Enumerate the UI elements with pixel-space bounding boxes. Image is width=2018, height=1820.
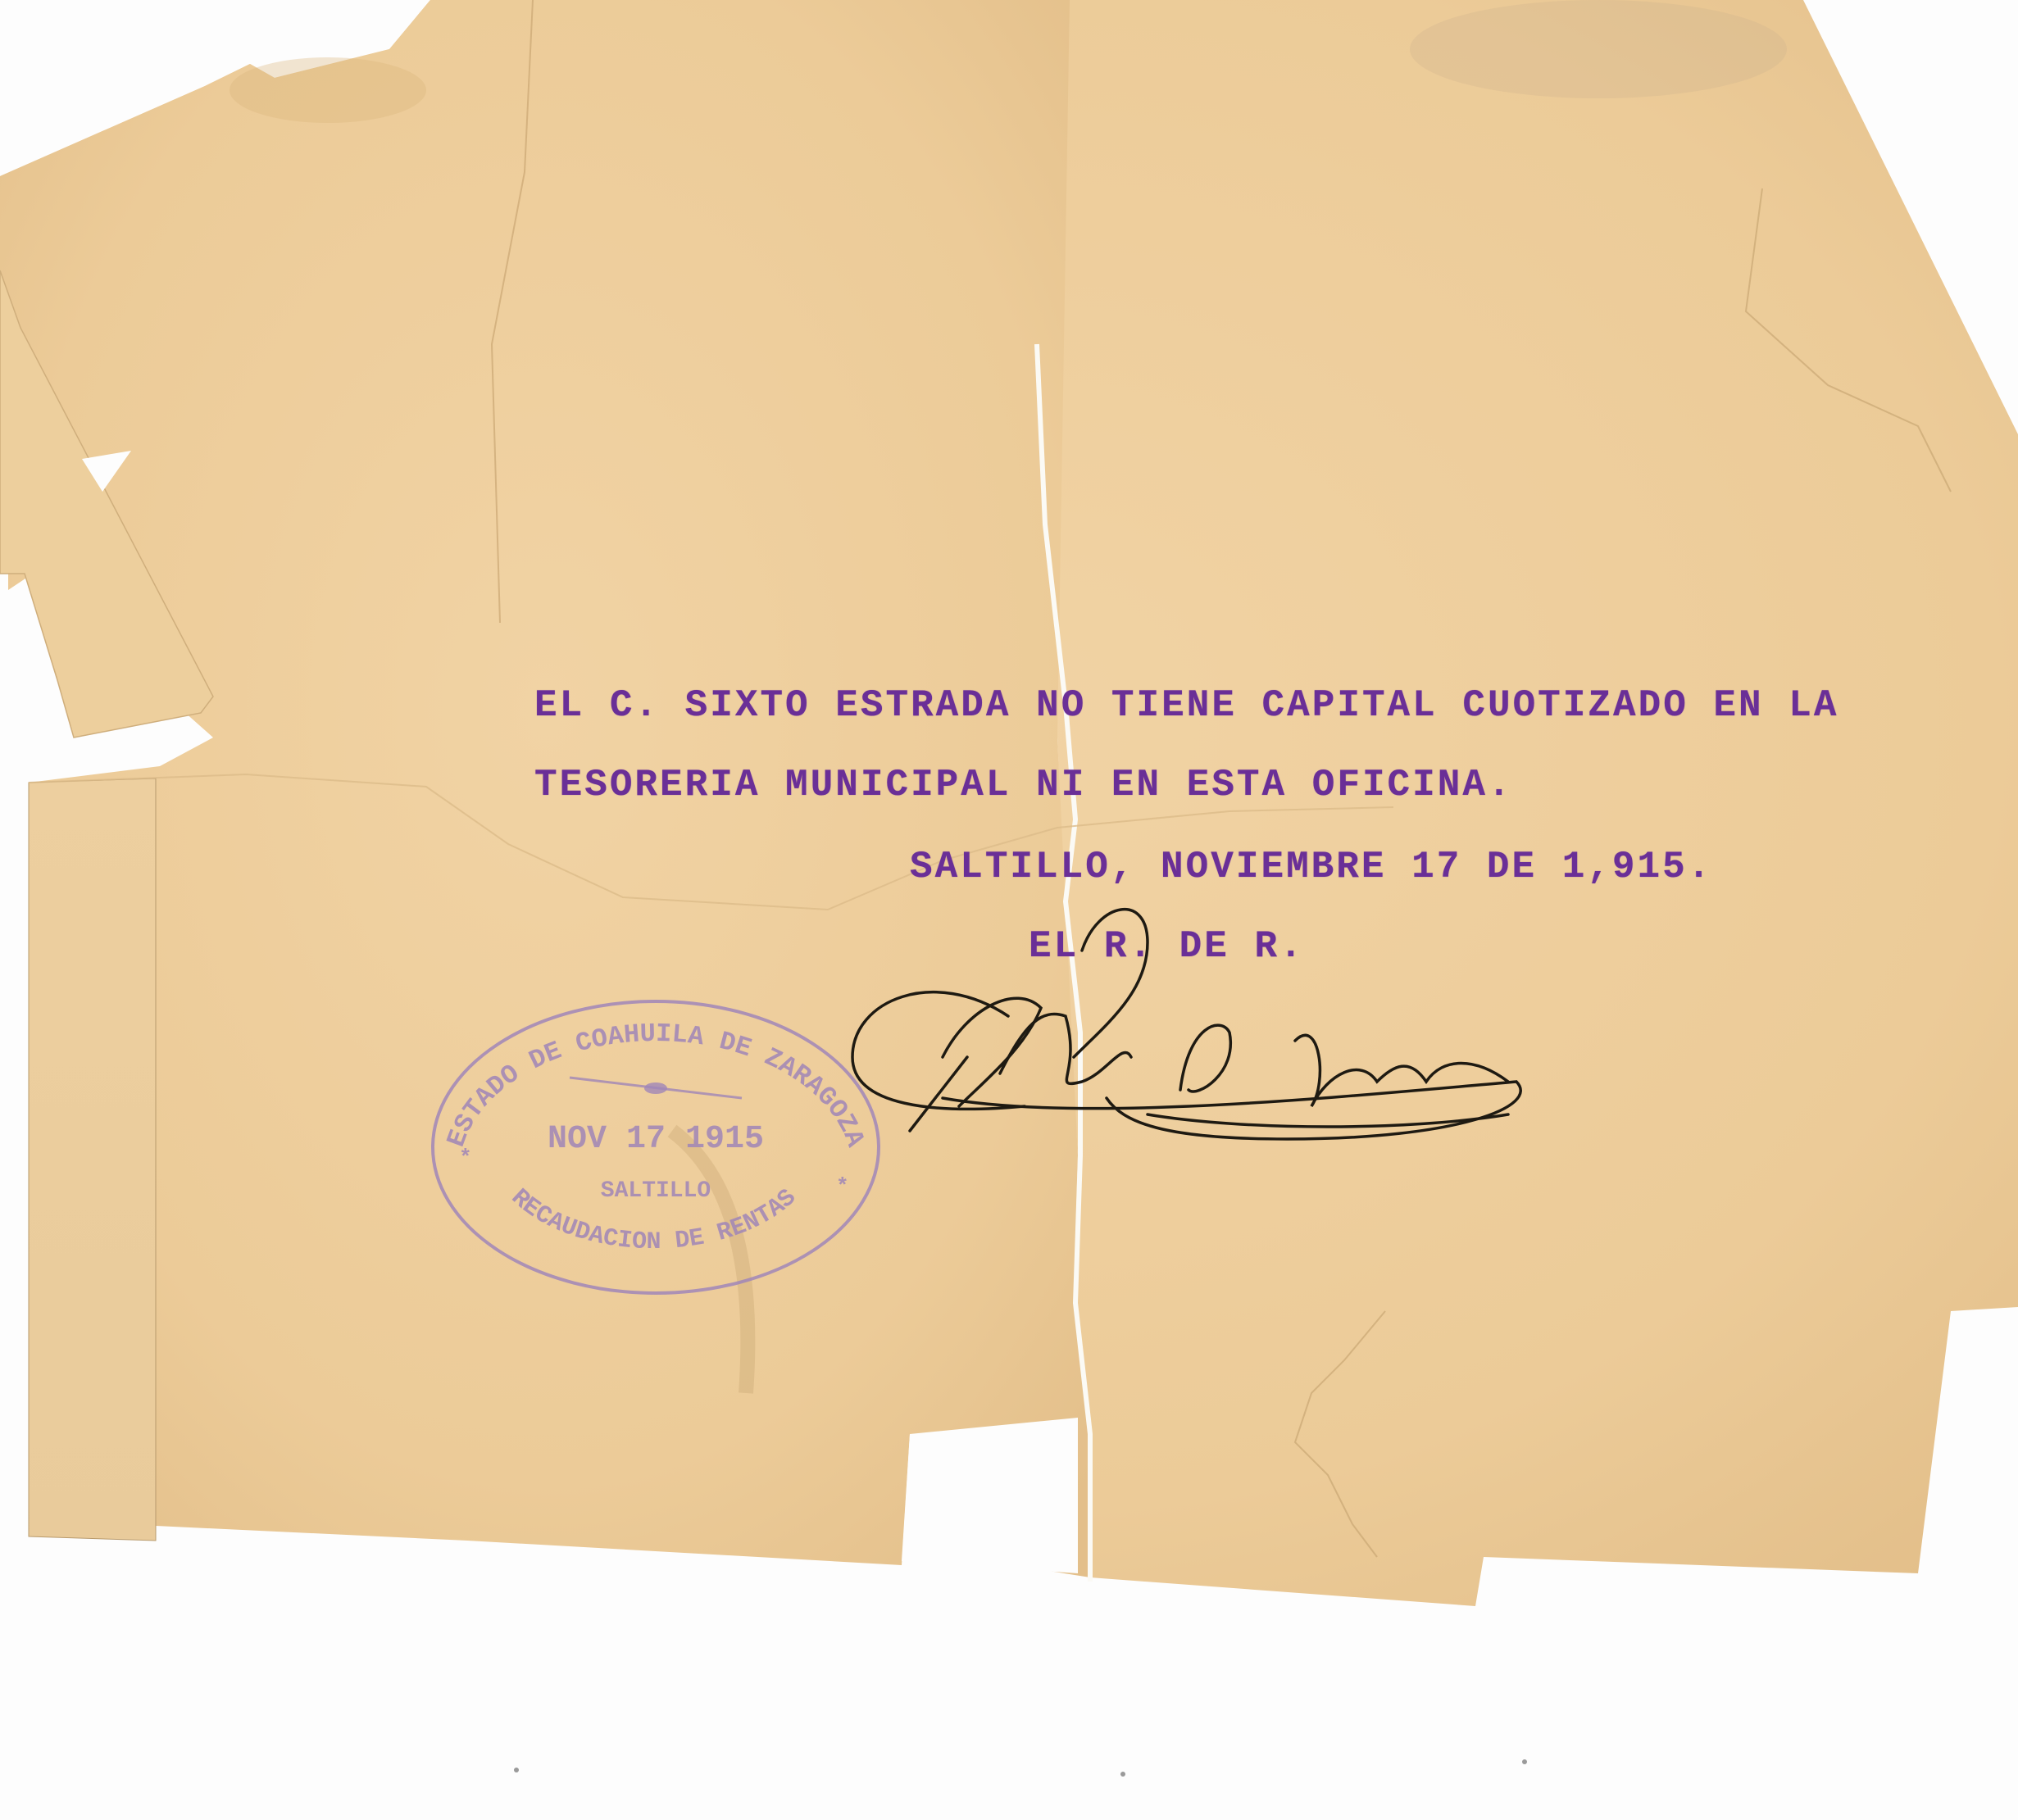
stamp-date: NOV 17 1915 — [548, 1121, 764, 1158]
document-scan: EL C. SIXTO ESTRADA NO TIENE CAPITAL CUO… — [0, 0, 2018, 1820]
official-stamp: ESTADO DE COAHUILA DE ZARAGOZA NOV 17 19… — [422, 992, 889, 1303]
place-date-line: SALTILLO, NOVIEMBRE 17 DE 1,915. — [910, 848, 1712, 886]
stamp-star-right: * — [836, 1174, 849, 1199]
body-line-2: TESORERIA MUNICIPAL NI EN ESTA OFICINA. — [534, 766, 1513, 804]
stamp-star-left: * — [459, 1146, 472, 1170]
body-line-1: EL C. SIXTO ESTRADA NO TIENE CAPITAL CUO… — [534, 687, 1838, 724]
stamp-city: SALTILLO — [601, 1178, 711, 1204]
signature — [836, 893, 1533, 1155]
